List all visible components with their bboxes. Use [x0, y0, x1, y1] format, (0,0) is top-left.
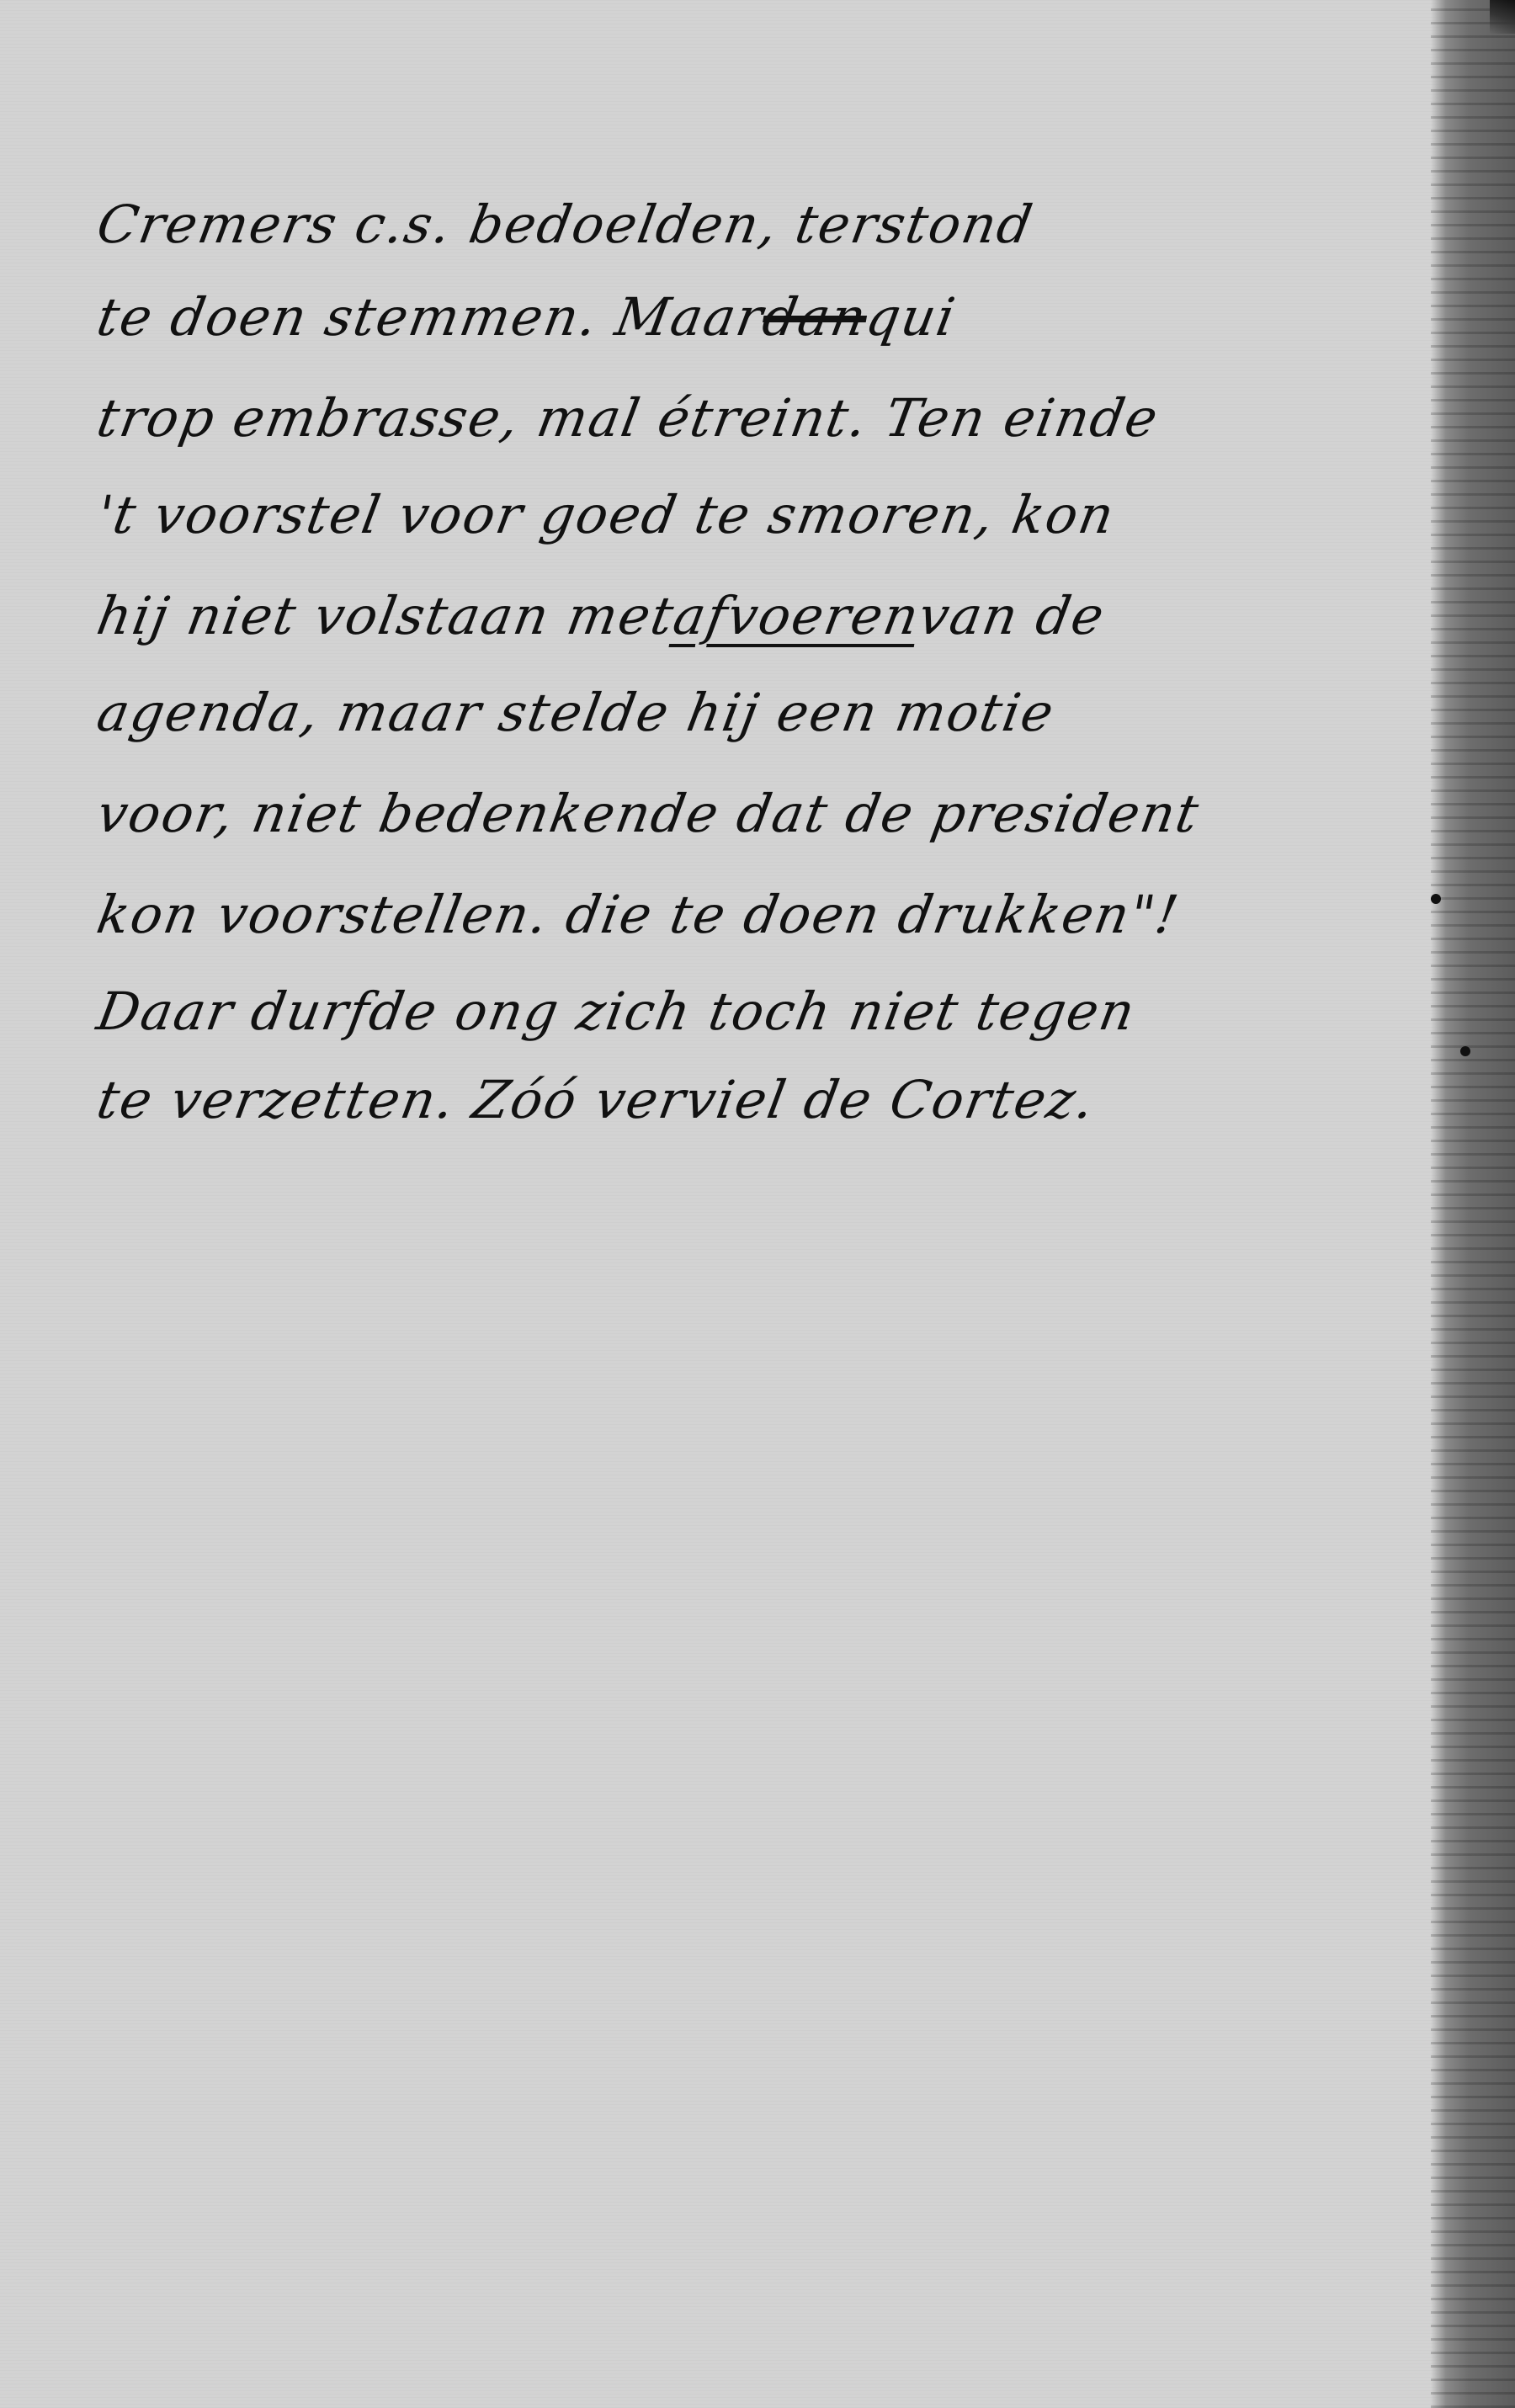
- text-line-1: Cremers c.s. bedoelden, terstond: [93, 194, 1039, 255]
- line-3-text: trop embrasse, mal étreint. Ten einde: [93, 387, 1164, 449]
- line-9-text: Daar durfde ong zich toch niet tegen: [93, 981, 1140, 1042]
- line-2-text-a: te doen stemmen. Maar: [93, 286, 769, 348]
- line-5-text-b: van de: [914, 585, 1110, 646]
- text-line-9: Daar durfde ong zich toch niet tegen: [93, 981, 1140, 1042]
- text-line-2: te doen stemmen. Maar dan qui: [93, 286, 961, 348]
- binding-edge-shadow: [1431, 0, 1515, 2408]
- struck-word: dan: [758, 286, 872, 348]
- line-5-text-a: hij niet volstaan met: [93, 585, 680, 646]
- ink-dot-mark: [1460, 1046, 1470, 1056]
- line-4-text: 't voorstel voor goed te smoren, kon: [93, 484, 1120, 545]
- underlined-word: afvoeren: [669, 585, 925, 646]
- line-1-text: Cremers c.s. bedoelden, terstond: [93, 194, 1039, 255]
- line-10-text: te verzetten. Zóó verviel de Cortez.: [93, 1069, 1100, 1130]
- text-line-3: trop embrasse, mal étreint. Ten einde: [93, 387, 1164, 449]
- line-8-text: kon voorstellen. die te doen drukken"!: [93, 884, 1184, 945]
- line-7-text: voor, niet bedenkende dat de president: [93, 783, 1204, 844]
- text-line-6: agenda, maar stelde hij een motie: [93, 682, 1060, 743]
- text-line-8: kon voorstellen. die te doen drukken"!: [93, 884, 1184, 945]
- text-line-4: 't voorstel voor goed te smoren, kon: [93, 484, 1120, 545]
- ink-dot-mark: [1431, 894, 1441, 904]
- line-2-text-b: qui: [861, 286, 960, 348]
- text-line-7: voor, niet bedenkende dat de president: [93, 783, 1204, 844]
- text-line-10: te verzetten. Zóó verviel de Cortez.: [93, 1069, 1100, 1130]
- manuscript-page: Cremers c.s. bedoelden, terstond te doen…: [0, 0, 1515, 2408]
- text-line-5: hij niet volstaan met afvoeren van de: [93, 585, 1110, 646]
- line-6-text: agenda, maar stelde hij een motie: [93, 682, 1060, 743]
- binding-corner: [1490, 0, 1515, 34]
